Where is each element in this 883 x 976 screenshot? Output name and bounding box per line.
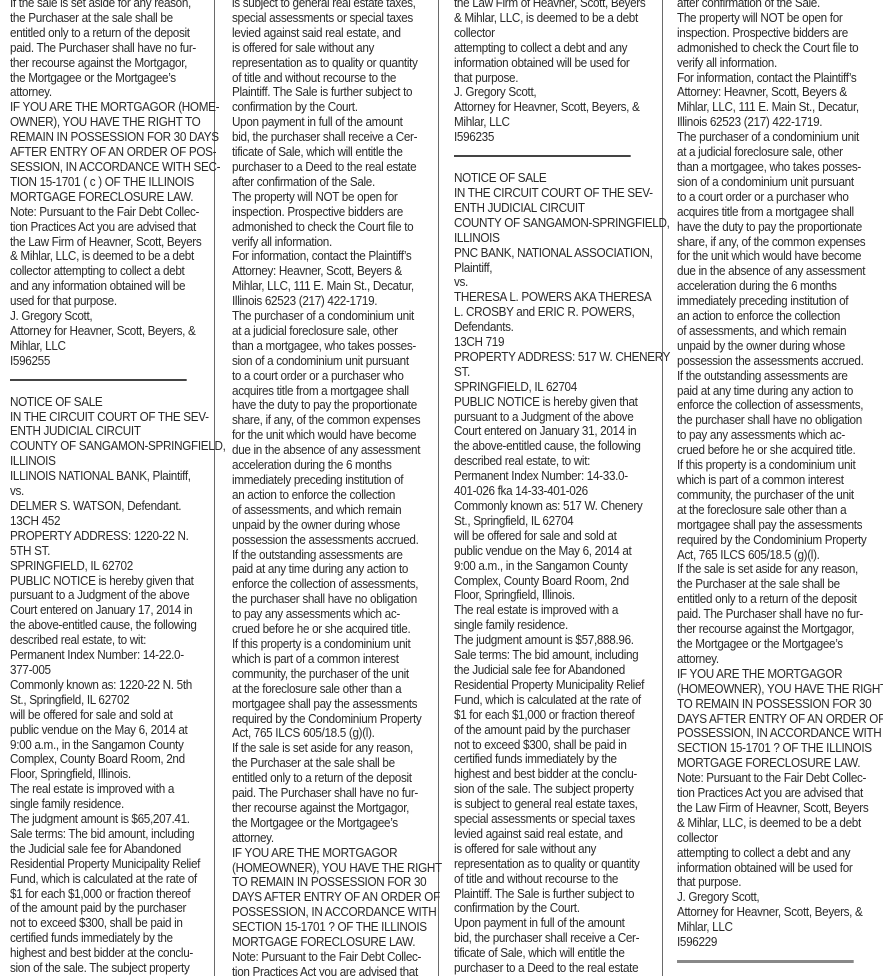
text-line: NOTICE OF SALE xyxy=(454,171,670,186)
text-line: AFTER ENTRY OF AN ORDER OF POS- xyxy=(10,145,226,160)
text-line: $1 for each $1,000 or fraction thereof xyxy=(10,887,226,902)
text-line: Act, 765 ILCS 605/18.5 (g)(l). xyxy=(677,548,883,563)
text-line: vs. xyxy=(10,484,226,499)
text-line: Upon payment in full of the amount xyxy=(454,916,670,931)
text-line: the Purchaser at the sale shall be xyxy=(232,756,442,771)
text-line: special assessments or special taxes xyxy=(232,11,442,26)
text-line: Attorney: Heavner, Scott, Beyers & xyxy=(232,264,442,279)
text-line: sion of a condominium unit pursuant xyxy=(677,175,883,190)
text-line: PROPERTY ADDRESS: 517 W. CHENERY xyxy=(454,350,670,365)
text-line: If the sale is set aside for any reason, xyxy=(10,0,226,11)
text-line: after confirmation of the Sale. xyxy=(677,0,883,11)
text-line: St., Springfield, IL 62704 xyxy=(454,514,670,529)
text-line: Attorney for Heavner, Scott, Beyers, & xyxy=(454,100,670,115)
text-line: MORTGAGE FORECLOSURE LAW. xyxy=(677,756,883,771)
text-line: purchaser to a Deed to the real estate xyxy=(232,160,442,175)
text-line: mortgagee shall pay the assessments xyxy=(232,697,442,712)
text-line: have the duty to pay the proportionate xyxy=(232,398,442,413)
text-line: to pay any assessments which ac- xyxy=(677,428,883,443)
text-line: to a court order or a purchaser who xyxy=(677,190,883,205)
text-line: REMAIN IN POSSESSION FOR 30 DAYS xyxy=(10,130,226,145)
text-line: Mihlar, LLC xyxy=(677,920,883,935)
text-line: possession the assessments accrued. xyxy=(232,533,442,548)
text-line: tificate of Sale, which will entitle the xyxy=(454,946,670,961)
text-line: POSSESSION, IN ACCORDANCE WITH xyxy=(677,726,883,741)
text-line: paid. The Purchaser shall have no fur- xyxy=(10,41,226,56)
text-line: IF YOU ARE THE MORTGAGOR (HOME- xyxy=(10,100,226,115)
text-line: used for that purpose. xyxy=(10,294,226,309)
text-line: will be offered for sale and sold at xyxy=(10,708,226,723)
text-line: Residential Property Municipality Relief xyxy=(454,678,670,693)
text-line: public vendue on the May 6, 2014 at xyxy=(10,723,226,738)
text-line: Permanent Index Number: 14-22.0- xyxy=(10,648,226,663)
text-line: pursuant to a Judgment of the above xyxy=(454,410,670,425)
text-line: attorney. xyxy=(677,652,883,667)
text-line: levied against said real estate, and xyxy=(454,827,670,842)
text-line: ther recourse against the Mortgagor, xyxy=(677,622,883,637)
text-line: certified funds immediately by the xyxy=(454,752,670,767)
text-line: Commonly known as: 1220-22 N. 5th xyxy=(10,678,226,693)
text-line: admonished to check the Court file to xyxy=(232,220,442,235)
text-line: TION 15-1701 ( c ) OF THE ILLINOIS xyxy=(10,175,226,190)
text-line: The real estate is improved with a xyxy=(454,603,670,618)
text-line: Fund, which is calculated at the rate of xyxy=(10,872,226,887)
text-line: The property will NOT be open for xyxy=(677,11,883,26)
text-line: of the amount paid by the purchaser xyxy=(10,901,226,916)
text-line: L. CROSBY and ERIC R. POWERS, xyxy=(454,305,670,320)
text-line: enforce the collection of assessments, xyxy=(232,577,442,592)
text-line: Attorney: Heavner, Scott, Beyers & xyxy=(677,85,883,100)
text-line: is offered for sale without any xyxy=(454,842,670,857)
text-line: not to exceed $300, shall be paid in xyxy=(454,738,670,753)
text-line: highest and best bidder at the conclu- xyxy=(10,946,226,961)
text-line: of title and without recourse to the xyxy=(232,71,442,86)
text-line: Court entered on January 17, 2014 in xyxy=(10,603,226,618)
text-line: If the sale is set aside for any reason, xyxy=(677,562,883,577)
text-line: If the outstanding assessments are xyxy=(677,369,883,384)
text-line: to a court order or a purchaser who xyxy=(232,369,442,384)
text-line: Plaintiff, xyxy=(454,261,670,276)
text-line: If this property is a condominium unit xyxy=(677,458,883,473)
notice-separator-rule xyxy=(10,379,187,381)
text-line: an action to enforce the collection xyxy=(677,309,883,324)
text-line: Attorney for Heavner, Scott, Beyers, & xyxy=(677,905,883,920)
text-line: Sale terms: The bid amount, including xyxy=(10,827,226,842)
text-line: the above-entitled cause, the following xyxy=(454,439,670,454)
text-line: at a judicial foreclosure sale, other xyxy=(232,324,442,339)
text-line: & Mihlar, LLC, is deemed to be a debt xyxy=(454,11,670,26)
text-line: verify all information. xyxy=(677,56,883,71)
text-line: ther recourse against the Mortgagor, xyxy=(10,56,226,71)
text-line: COUNTY OF SANGAMON-SPRINGFIELD, xyxy=(10,439,226,454)
text-line: ENTH JUDICIAL CIRCUIT xyxy=(454,201,670,216)
text-line: of title and without recourse to the xyxy=(454,872,670,887)
text-line: 9:00 a.m., in the Sangamon County xyxy=(454,559,670,574)
text-line: SECTION 15-1701 ? OF THE ILLINOIS xyxy=(232,920,442,935)
notice-continuation-13ch452: is subject to general real estate taxes,… xyxy=(232,0,442,976)
text-line: Mihlar, LLC xyxy=(454,115,670,130)
text-line: attempting to collect a debt and any xyxy=(677,846,883,861)
text-line: (HOMEOWNER), YOU HAVE THE RIGHT xyxy=(232,861,442,876)
text-line: will be offered for sale and sold at xyxy=(454,529,670,544)
text-line: ST. xyxy=(454,365,670,380)
text-line: the Law Firm of Heavner, Scott, Beyers xyxy=(677,801,883,816)
text-line: the Judicial sale fee for Abandoned xyxy=(10,842,226,857)
text-line: sion of the sale. The subject property xyxy=(10,961,226,976)
text-line: the Purchaser at the sale shall be xyxy=(677,577,883,592)
text-line: IN THE CIRCUIT COURT OF THE SEV- xyxy=(10,410,226,425)
text-line: vs. xyxy=(454,275,670,290)
text-line: I596229 xyxy=(677,935,883,950)
text-line: information obtained will be used for xyxy=(677,861,883,876)
text-line: NOTICE OF SALE xyxy=(10,395,226,410)
text-line: for the unit which would have become xyxy=(232,428,442,443)
text-line: Note: Pursuant to the Fair Debt Collec- xyxy=(677,771,883,786)
text-line: If the outstanding assessments are xyxy=(232,548,442,563)
text-line: of the amount paid by the purchaser xyxy=(454,723,670,738)
text-line: single family residence. xyxy=(10,797,226,812)
text-line: PUBLIC NOTICE is hereby given that xyxy=(454,395,670,410)
text-line: The judgment amount is $57,888.96. xyxy=(454,633,670,648)
text-line: which is part of a common interest xyxy=(232,652,442,667)
text-line: Fund, which is calculated at the rate of xyxy=(454,693,670,708)
text-line: described real estate, to wit: xyxy=(454,454,670,469)
text-line: THERESA L. POWERS AKA THERESA xyxy=(454,290,670,305)
text-line: $1 for each $1,000 or fraction thereof xyxy=(454,708,670,723)
text-line: the Mortgagee or the Mortgagee’s xyxy=(10,71,226,86)
text-line: community, the purchaser of the unit xyxy=(677,488,883,503)
text-line: 401-026 fka 14-33-401-026 xyxy=(454,484,670,499)
text-line: SECTION 15-1701 ? OF THE ILLINOIS xyxy=(677,741,883,756)
text-line: purchaser to a Deed to the real estate xyxy=(454,961,670,976)
text-line: that purpose. xyxy=(454,71,670,86)
text-line: sion of the sale. The subject property xyxy=(454,782,670,797)
text-line: the Purchaser at the sale shall be xyxy=(10,11,226,26)
text-line: levied against said real estate, and xyxy=(232,26,442,41)
text-line: Commonly known as: 517 W. Chenery xyxy=(454,499,670,514)
text-line: entitled only to a return of the deposit xyxy=(10,26,226,41)
text-line: IF YOU ARE THE MORTGAGOR xyxy=(232,846,442,861)
text-line: possession the assessments accrued. xyxy=(677,354,883,369)
text-line: Plaintiff. The Sale is further subject t… xyxy=(454,887,670,902)
text-line: entitled only to a return of the deposit xyxy=(232,771,442,786)
text-line: inspection. Prospective bidders are xyxy=(232,205,442,220)
text-line: attorney. xyxy=(232,831,442,846)
text-line: due in the absence of any assessment xyxy=(677,264,883,279)
text-line: 13CH 452 xyxy=(10,514,226,529)
text-line: at a judicial foreclosure sale, other xyxy=(677,145,883,160)
text-line: TO REMAIN IN POSSESSION FOR 30 xyxy=(232,875,442,890)
text-line: If this property is a condominium unit xyxy=(232,637,442,652)
text-line: collector attempting to collect a debt xyxy=(10,264,226,279)
text-line: For information, contact the Plaintiff’s xyxy=(232,249,442,264)
text-line: information obtained will be used for xyxy=(454,56,670,71)
text-line: bid, the purchaser shall receive a Cer- xyxy=(454,931,670,946)
notice-separator-rule xyxy=(677,960,854,963)
text-line: described real estate, to wit: xyxy=(10,633,226,648)
text-line: ther recourse against the Mortgagor, xyxy=(232,801,442,816)
text-line: is subject to general real estate taxes, xyxy=(232,0,442,11)
text-line: than a mortgagee, who takes posses- xyxy=(232,339,442,354)
text-line: ILLINOIS xyxy=(454,231,670,246)
text-line: ENTH JUDICIAL CIRCUIT xyxy=(10,424,226,439)
text-line: bid, the purchaser shall receive a Cer- xyxy=(232,130,442,145)
text-line: at the foreclosure sale other than a xyxy=(232,682,442,697)
text-line: 13CH 719 xyxy=(454,335,670,350)
text-line: the Judicial sale fee for Abandoned xyxy=(454,663,670,678)
text-line: J. Gregory Scott, xyxy=(677,890,883,905)
text-line: tion Practices Act you are advised that xyxy=(232,965,442,976)
text-line: collector xyxy=(454,26,670,41)
text-line: & Mihlar, LLC, is deemed to be a debt xyxy=(10,249,226,264)
text-line: The purchaser of a condominium unit xyxy=(677,130,883,145)
text-line: immediately preceding institution of xyxy=(677,294,883,309)
text-line: mortgagee shall pay the assessments xyxy=(677,518,883,533)
text-line: the Law Firm of Heavner, Scott, Beyers xyxy=(10,235,226,250)
column-3: the Law Firm of Heavner, Scott, Beyers& … xyxy=(454,0,670,976)
notice-of-sale-13ch719: NOTICE OF SALEIN THE CIRCUIT COURT OF TH… xyxy=(454,171,670,976)
text-line: Complex, County Board Room, 2nd xyxy=(10,752,226,767)
text-line: DELMER S. WATSON, Defendant. xyxy=(10,499,226,514)
text-line: the Mortgagee or the Mortgagee’s xyxy=(677,637,883,652)
text-line: inspection. Prospective bidders are xyxy=(677,26,883,41)
legal-notices-page: If the sale is set aside for any reason,… xyxy=(0,0,883,976)
text-line: IF YOU ARE THE MORTGAGOR xyxy=(677,667,883,682)
text-line: SESSION, IN ACCORDANCE WITH SEC- xyxy=(10,160,226,175)
text-line: acquires title from a mortgagee shall xyxy=(232,384,442,399)
text-line: PUBLIC NOTICE is hereby given that xyxy=(10,574,226,589)
text-line: paid at any time during any action to xyxy=(677,384,883,399)
text-line: tion Practices Act you are advised that xyxy=(677,786,883,801)
text-line: unpaid by the owner during whose xyxy=(232,518,442,533)
text-line: Mihlar, LLC, 111 E. Main St., Decatur, xyxy=(232,279,442,294)
text-line: SPRINGFIELD, IL 62702 xyxy=(10,559,226,574)
text-line: 377-005 xyxy=(10,663,226,678)
text-line: Illinois 62523 (217) 422-1719. xyxy=(677,115,883,130)
text-line: Attorney for Heavner, Scott, Beyers, & xyxy=(10,324,226,339)
text-line: immediately preceding institution of xyxy=(232,473,442,488)
text-line: verify all information. xyxy=(232,235,442,250)
text-line: I596255 xyxy=(10,354,226,369)
notice-continuation-i596229: after confirmation of the Sale.The prope… xyxy=(677,0,883,950)
text-line: DAYS AFTER ENTRY OF AN ORDER OF xyxy=(232,890,442,905)
text-line: If the sale is set aside for any reason, xyxy=(232,741,442,756)
text-line: Complex, County Board Room, 2nd xyxy=(454,574,670,589)
text-line: paid. The Purchaser shall have no fur- xyxy=(232,786,442,801)
text-line: (HOMEOWNER), YOU HAVE THE RIGHT xyxy=(677,682,883,697)
text-line: which is part of a common interest xyxy=(677,473,883,488)
text-line: entitled only to a return of the deposit xyxy=(677,592,883,607)
text-line: than a mortgagee, who takes posses- xyxy=(677,160,883,175)
text-line: confirmation by the Court. xyxy=(454,901,670,916)
text-line: representation as to quality or quantity xyxy=(232,56,442,71)
text-line: SPRINGFIELD, IL 62704 xyxy=(454,380,670,395)
text-line: and any information obtained will be xyxy=(10,279,226,294)
text-line: Note: Pursuant to the Fair Debt Collec- xyxy=(232,950,442,965)
notice-separator-rule xyxy=(454,155,631,157)
text-line: PNC BANK, NATIONAL ASSOCIATION, xyxy=(454,246,670,261)
text-line: that purpose. xyxy=(677,875,883,890)
column-4: after confirmation of the Sale.The prope… xyxy=(677,0,883,963)
text-line: acceleration during the 6 months xyxy=(677,279,883,294)
text-line: at the foreclosure sale other than a xyxy=(677,503,883,518)
text-line: required by the Condominium Property xyxy=(232,712,442,727)
text-line: of assessments, and which remain xyxy=(677,324,883,339)
text-line: ILLINOIS xyxy=(10,454,226,469)
text-line: TO REMAIN IN POSSESSION FOR 30 xyxy=(677,697,883,712)
notice-continuation-i596235: the Law Firm of Heavner, Scott, Beyers& … xyxy=(454,0,670,145)
text-line: have the duty to pay the proportionate xyxy=(677,220,883,235)
text-line: share, if any, of the common expenses xyxy=(677,235,883,250)
column-2: is subject to general real estate taxes,… xyxy=(232,0,442,976)
text-line: the purchaser shall have no obligation xyxy=(677,413,883,428)
text-line: For information, contact the Plaintiff’s xyxy=(677,71,883,86)
text-line: attorney. xyxy=(10,85,226,100)
text-line: COUNTY OF SANGAMON-SPRINGFIELD, xyxy=(454,216,670,231)
text-line: to pay any assessments which ac- xyxy=(232,607,442,622)
text-line: Floor, Springfield, Illinois. xyxy=(10,767,226,782)
text-line: The property will NOT be open for xyxy=(232,190,442,205)
text-line: OWNER), YOU HAVE THE RIGHT TO xyxy=(10,115,226,130)
text-line: Upon payment in full of the amount xyxy=(232,115,442,130)
text-line: of assessments, and which remain xyxy=(232,503,442,518)
text-line: public vendue on the May 6, 2014 at xyxy=(454,544,670,559)
text-line: DAYS AFTER ENTRY OF AN ORDER OF xyxy=(677,712,883,727)
text-line: the purchaser shall have no obligation xyxy=(232,592,442,607)
text-line: attempting to collect a debt and any xyxy=(454,41,670,56)
notice-of-sale-13ch452: NOTICE OF SALEIN THE CIRCUIT COURT OF TH… xyxy=(10,395,226,976)
text-line: pursuant to a Judgment of the above xyxy=(10,588,226,603)
text-line: Residential Property Municipality Relief xyxy=(10,857,226,872)
text-line: Mihlar, LLC xyxy=(10,339,226,354)
text-line: Sale terms: The bid amount, including xyxy=(454,648,670,663)
text-line: acceleration during the 6 months xyxy=(232,458,442,473)
text-line: tion Practices Act you are advised that xyxy=(10,220,226,235)
notice-continuation-i596255: If the sale is set aside for any reason,… xyxy=(10,0,226,369)
text-line: 5TH ST. xyxy=(10,544,226,559)
text-line: an action to enforce the collection xyxy=(232,488,442,503)
text-line: after confirmation of the Sale. xyxy=(232,175,442,190)
text-line: J. Gregory Scott, xyxy=(454,85,670,100)
text-line: paid at any time during any action to xyxy=(232,562,442,577)
text-line: enforce the collection of assessments, xyxy=(677,398,883,413)
text-line: J. Gregory Scott, xyxy=(10,309,226,324)
text-line: Plaintiff. The Sale is further subject t… xyxy=(232,85,442,100)
text-line: Mihlar, LLC, 111 E. Main St., Decatur, xyxy=(677,100,883,115)
text-line: Court entered on January 31, 2014 in xyxy=(454,424,670,439)
text-line: sion of a condominium unit pursuant xyxy=(232,354,442,369)
text-line: collector xyxy=(677,831,883,846)
text-line: St., Springfield, IL 62702 xyxy=(10,693,226,708)
text-line: The judgment amount is $65,207.41. xyxy=(10,812,226,827)
text-line: Floor, Springfield, Illinois. xyxy=(454,588,670,603)
text-line: special assessments or special taxes xyxy=(454,812,670,827)
text-line: Permanent Index Number: 14-33.0- xyxy=(454,469,670,484)
text-line: ILLINOIS NATIONAL BANK, Plaintiff, xyxy=(10,469,226,484)
text-line: acquires title from a mortgagee shall xyxy=(677,205,883,220)
text-line: due in the absence of any assessment xyxy=(232,443,442,458)
text-line: required by the Condominium Property xyxy=(677,533,883,548)
text-line: unpaid by the owner during whose xyxy=(677,339,883,354)
text-line: I596235 xyxy=(454,130,670,145)
text-line: The real estate is improved with a xyxy=(10,782,226,797)
text-line: representation as to quality or quantity xyxy=(454,857,670,872)
text-line: crued before he or she acquired title. xyxy=(677,443,883,458)
text-line: highest and best bidder at the conclu- xyxy=(454,767,670,782)
text-line: The purchaser of a condominium unit xyxy=(232,309,442,324)
text-line: MORTGAGE FORECLOSURE LAW. xyxy=(10,190,226,205)
text-line: Act, 765 ILCS 605/18.5 (g)(l). xyxy=(232,726,442,741)
text-line: share, if any, of the common expenses xyxy=(232,413,442,428)
text-line: crued before he or she acquired title. xyxy=(232,622,442,637)
text-line: tificate of Sale, which will entitle the xyxy=(232,145,442,160)
column-1: If the sale is set aside for any reason,… xyxy=(10,0,226,976)
text-line: single family residence. xyxy=(454,618,670,633)
text-line: Defendants. xyxy=(454,320,670,335)
text-line: paid. The Purchaser shall have no fur- xyxy=(677,607,883,622)
text-line: confirmation by the Court. xyxy=(232,100,442,115)
text-line: & Mihlar, LLC, is deemed to be a debt xyxy=(677,816,883,831)
text-line: POSSESSION, IN ACCORDANCE WITH xyxy=(232,905,442,920)
text-line: IN THE CIRCUIT COURT OF THE SEV- xyxy=(454,186,670,201)
text-line: PROPERTY ADDRESS: 1220-22 N. xyxy=(10,529,226,544)
text-line: not to exceed $300, shall be paid in xyxy=(10,916,226,931)
text-line: community, the purchaser of the unit xyxy=(232,667,442,682)
text-line: certified funds immediately by the xyxy=(10,931,226,946)
text-line: MORTGAGE FORECLOSURE LAW. xyxy=(232,935,442,950)
text-line: 9:00 a.m., in the Sangamon County xyxy=(10,738,226,753)
text-line: is offered for sale without any xyxy=(232,41,442,56)
text-line: Note: Pursuant to the Fair Debt Collec- xyxy=(10,205,226,220)
text-line: the Law Firm of Heavner, Scott, Beyers xyxy=(454,0,670,11)
text-line: for the unit which would have become xyxy=(677,249,883,264)
text-line: the above-entitled cause, the following xyxy=(10,618,226,633)
text-line: is subject to general real estate taxes, xyxy=(454,797,670,812)
text-line: the Mortgagee or the Mortgagee’s xyxy=(232,816,442,831)
text-line: admonished to check the Court file to xyxy=(677,41,883,56)
text-line: Illinois 62523 (217) 422-1719. xyxy=(232,294,442,309)
